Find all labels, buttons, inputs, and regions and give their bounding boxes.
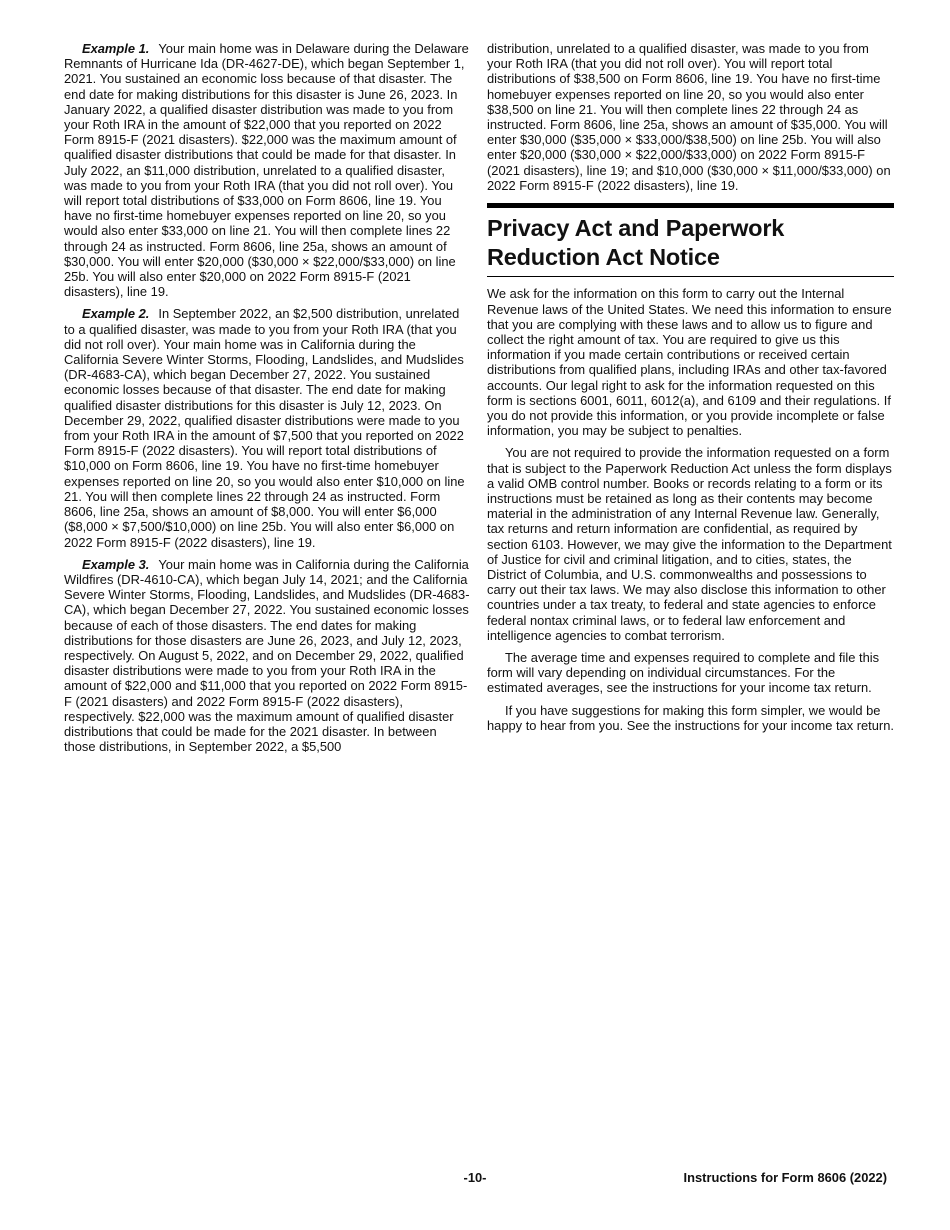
document-page: Example 1.Your main home was in Delaware… <box>0 0 950 1230</box>
privacy-paragraph-2: You are not required to provide the info… <box>487 445 894 643</box>
example-1-text: Your main home was in Delaware during th… <box>64 41 469 299</box>
example-2-label: Example 2. <box>82 306 158 321</box>
example-3-paragraph: Example 3.Your main home was in Californ… <box>64 557 471 755</box>
example-2-paragraph: Example 2.In September 2022, an $2,500 d… <box>64 306 471 549</box>
privacy-paragraph-1: We ask for the information on this form … <box>487 286 894 438</box>
section-heading-privacy-act: Privacy Act and Paperwork Reduction Act … <box>487 214 894 271</box>
right-column: distribution, unrelated to a qualified d… <box>487 41 894 733</box>
left-column: Example 1.Your main home was in Delaware… <box>64 41 471 754</box>
example-3-text: Your main home was in California during … <box>64 557 470 754</box>
document-title: Instructions for Form 8606 (2022) <box>684 1170 887 1185</box>
section-divider-bar <box>487 203 894 208</box>
example-2-text: In September 2022, an $2,500 distributio… <box>64 306 465 549</box>
privacy-paragraph-3: The average time and expenses required t… <box>487 650 894 696</box>
example-1-label: Example 1. <box>82 41 158 56</box>
example-3-label: Example 3. <box>82 557 158 572</box>
heading-underline <box>487 276 894 277</box>
example-1-paragraph: Example 1.Your main home was in Delaware… <box>64 41 471 299</box>
privacy-paragraph-4: If you have suggestions for making this … <box>487 703 894 733</box>
example-3-continuation-paragraph: distribution, unrelated to a qualified d… <box>487 41 894 193</box>
